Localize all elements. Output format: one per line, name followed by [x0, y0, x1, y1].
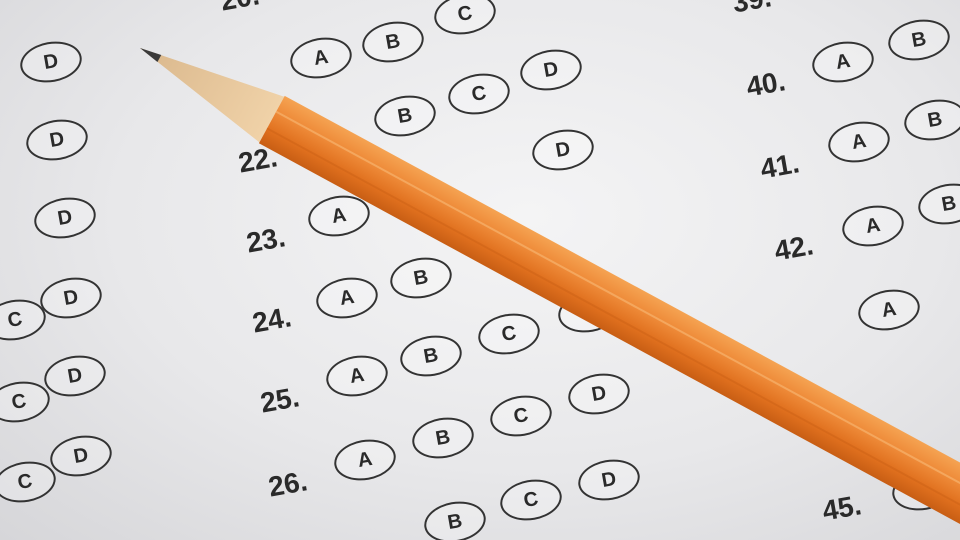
- pencil: [0, 0, 960, 540]
- pencil-wood-tip: [128, 25, 285, 142]
- answer-sheet-photo: 20.22.23.24.25.26.39.40.41.42.44.45.CABD…: [0, 0, 960, 540]
- pencil-lead: [138, 44, 161, 62]
